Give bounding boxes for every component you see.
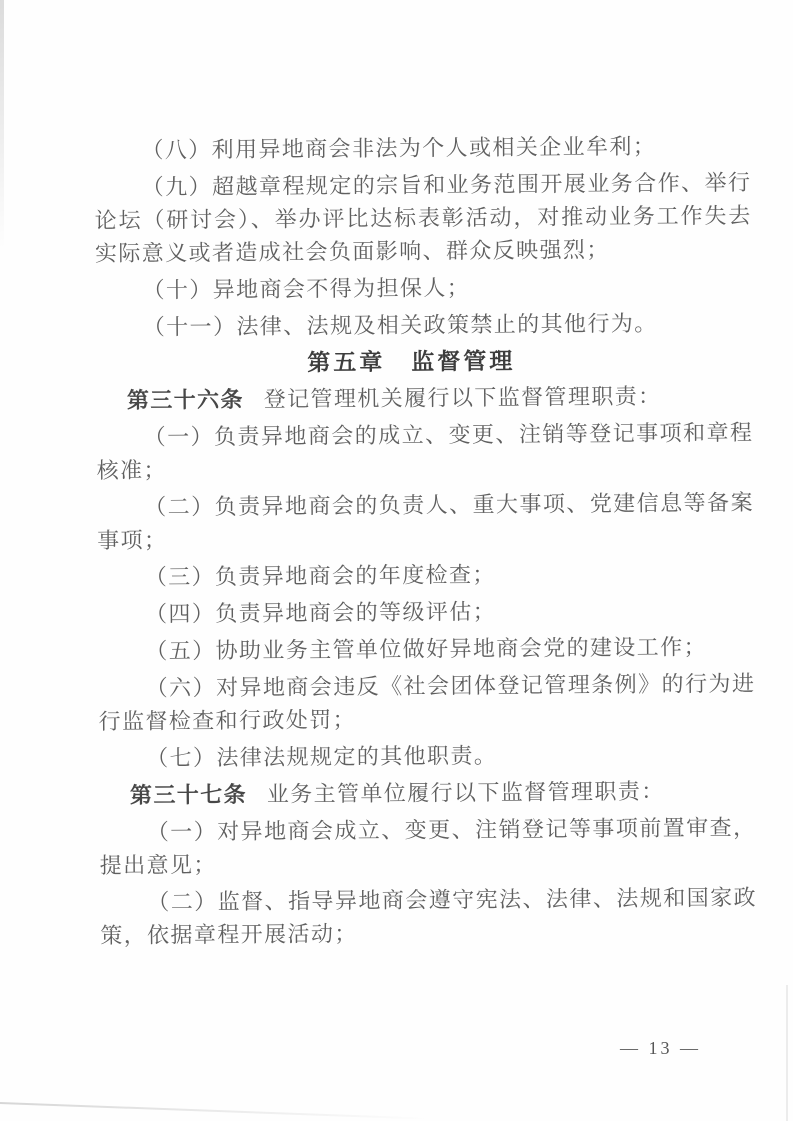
page-number: — 13 — xyxy=(620,1038,701,1059)
paragraph-duty-4: （四）负责异地商会的等级评估； xyxy=(98,593,755,631)
paragraph-duty-7: （七）法律法规规定的其他职责。 xyxy=(99,737,756,775)
document-body: （八）利用异地商会非法为个人或相关企业牟利； （九）超越章程规定的宗旨和业务范围… xyxy=(94,129,757,956)
paragraph-item-10: （十）异地商会不得为担保人； xyxy=(95,269,752,307)
paragraph-duty-3: （三）负责异地商会的年度检查； xyxy=(97,556,754,594)
paragraph-item-11: （十一）法律、法规及相关政策禁止的其他行为。 xyxy=(95,306,752,344)
scan-edge-shadow-right xyxy=(786,985,788,1121)
paragraph-supervisor-duty-1: （一）对异地商会成立、变更、注销登记等事项前置审查，提出意见； xyxy=(99,811,756,882)
scanned-document-page: （八）利用异地商会非法为个人或相关企业牟利； （九）超越章程规定的宗旨和业务范围… xyxy=(0,0,793,1121)
paragraph-item-8: （八）利用异地商会非法为个人或相关企业牟利； xyxy=(94,129,751,167)
scan-edge-shadow-left xyxy=(0,0,4,250)
article-37-text: 业务主管单位履行以下监督管理职责： xyxy=(267,779,665,807)
scan-artifact-line xyxy=(0,1102,430,1120)
article-37-paragraph: 第三十七条业务主管单位履行以下监督管理职责： xyxy=(99,774,756,812)
paragraph-supervisor-duty-2: （二）监督、指导异地商会遵守宪法、法律、法规和国家政策，依据章程开展活动； xyxy=(100,881,757,952)
chapter-heading: 第五章 监督管理 xyxy=(96,343,753,381)
article-37-number: 第三十七条 xyxy=(130,782,247,808)
article-36-number: 第三十六条 xyxy=(127,387,244,413)
article-36-paragraph: 第三十六条登记管理机关履行以下监督管理职责： xyxy=(96,379,753,417)
paragraph-item-9: （九）超越章程规定的宗旨和业务范围开展业务合作、举行论坛（研讨会）、举办评比达标… xyxy=(94,166,752,270)
paragraph-duty-5: （五）协助业务主管单位做好异地商会党的建设工作； xyxy=(98,630,755,668)
paragraph-duty-6: （六）对异地商会违反《社会团体登记管理条例》的行为进行监督检查和行政处罚； xyxy=(98,667,755,738)
article-36-text: 登记管理机关履行以下监督管理职责： xyxy=(264,384,662,412)
paragraph-duty-2: （二）负责异地商会的负责人、重大事项、党建信息等备案事项； xyxy=(97,486,754,557)
paragraph-duty-1: （一）负责异地商会的成立、变更、注销等登记事项和章程核准； xyxy=(96,416,753,487)
